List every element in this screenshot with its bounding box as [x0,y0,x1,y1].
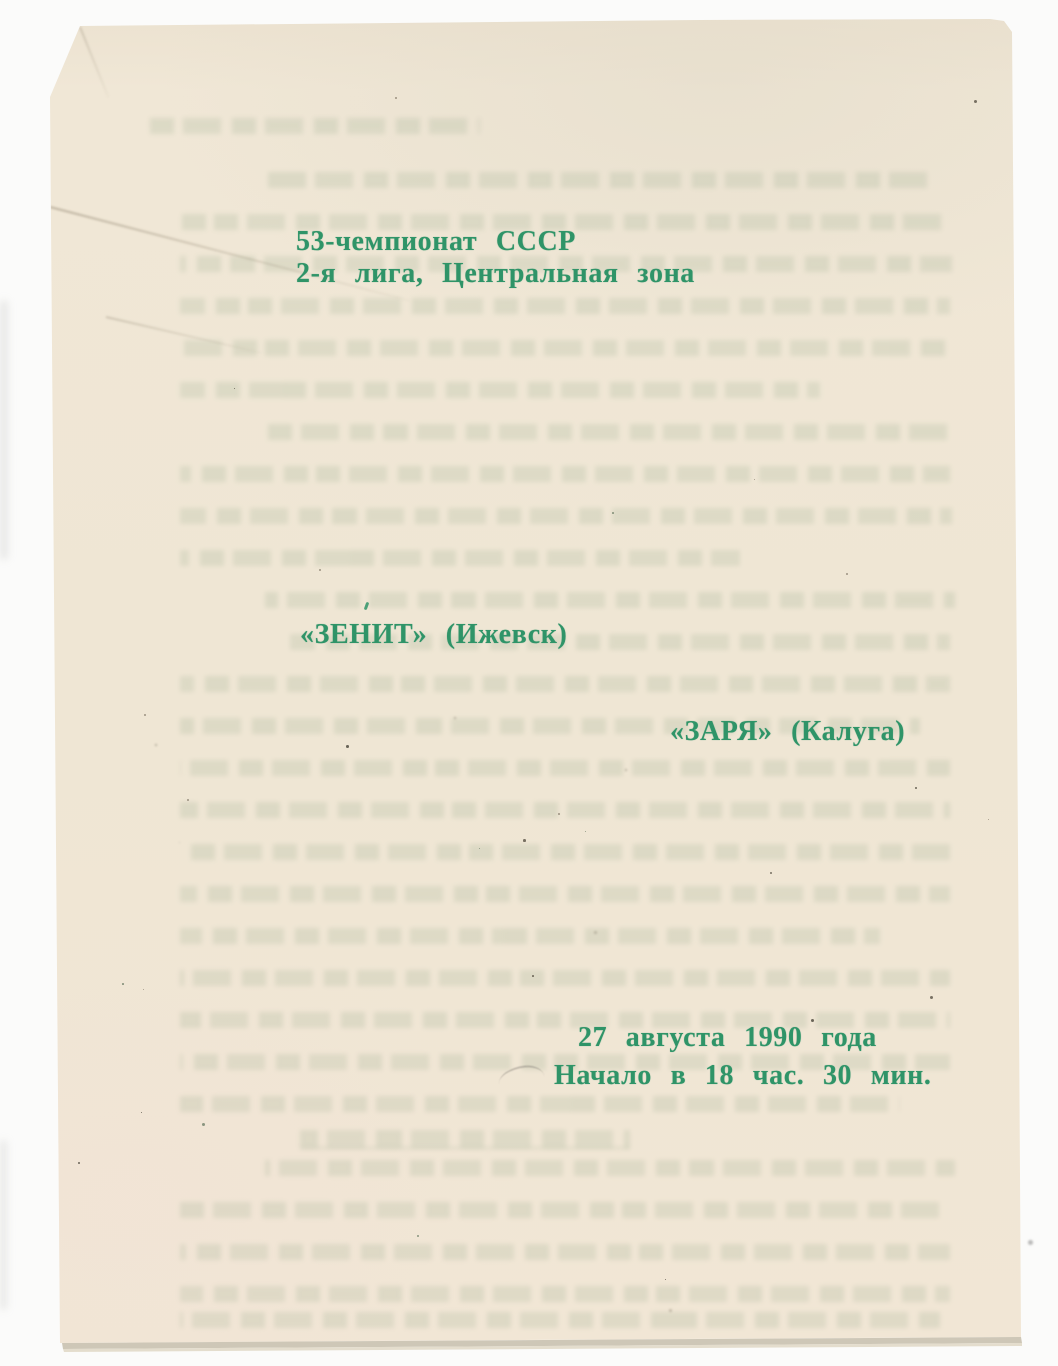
ghost-text-line [180,970,950,986]
paper-speck [915,787,917,789]
ghost-text-line [180,508,952,524]
program-page: 53-чемпионат СССР 2-я лига, Центральная … [0,0,1058,1366]
away-team-name: «ЗАРЯ» (Калуга) [670,717,905,747]
ghost-text-line [180,340,950,356]
ghost-text-line [180,466,950,482]
scanner-smudge [0,300,8,560]
ghost-text-line [180,382,820,398]
paper-speck [122,983,124,985]
ghost-text-line [180,298,950,314]
paper-speck [395,97,397,99]
paper-speck [202,1123,205,1126]
home-team-name: «ЗЕНИТ» (Ижевск) [300,620,567,650]
paper-speck [454,717,456,719]
ghost-text-line [180,760,950,776]
match-date: 27 августа 1990 года [578,1023,877,1053]
ghost-text-line [265,1160,955,1176]
ghost-text-line [180,886,950,902]
scanner-dust-speck [1028,1240,1033,1245]
paper-speck [988,819,989,820]
paper-speck [846,573,848,575]
ghost-text-line [180,1286,950,1302]
league-zone-line: 2-я лига, Центральная зона [296,259,695,289]
paper-speck [319,569,321,571]
paper-speck [141,1112,142,1113]
paper-speck [612,512,614,514]
paper-speck [665,1279,666,1280]
ghost-text-line [180,1202,950,1218]
paper-speck [143,989,144,990]
ghost-text-line [265,592,955,608]
ghost-text-line [180,676,950,692]
ghost-text-line [180,844,950,860]
paper-speck [346,745,349,748]
championship-title: 53-чемпионат СССР [296,227,576,257]
kickoff-time: Начало в 18 час. 30 мин. [554,1061,931,1091]
paper-speck [417,1235,419,1237]
paper-speck [585,831,586,832]
paper-speck [974,100,977,103]
ghost-text-line [300,1130,630,1149]
ghost-text-line [180,928,880,944]
paper-speck [532,975,534,977]
corner-crease [79,27,109,98]
ghost-text-line [180,1096,900,1112]
ghost-text-line [180,1244,950,1260]
paper-speck [930,996,933,999]
scanner-background: 53-чемпионат СССР 2-я лига, Центральная … [0,0,1058,1366]
ghost-text-line [180,802,950,818]
ghost-text-line [265,172,935,188]
paper-speck [144,714,146,716]
paper-speck [669,1309,672,1312]
paper-speck [594,931,597,934]
ghost-text-line [265,424,955,440]
ghost-text-line [180,550,740,566]
paper-speck [78,1162,80,1164]
paper-speck [770,872,772,874]
ghost-text-line [150,118,480,134]
paper-speck [155,744,157,746]
paper-speck [523,839,526,842]
scanner-smudge [0,1140,7,1310]
ghost-text-line [180,1312,940,1328]
